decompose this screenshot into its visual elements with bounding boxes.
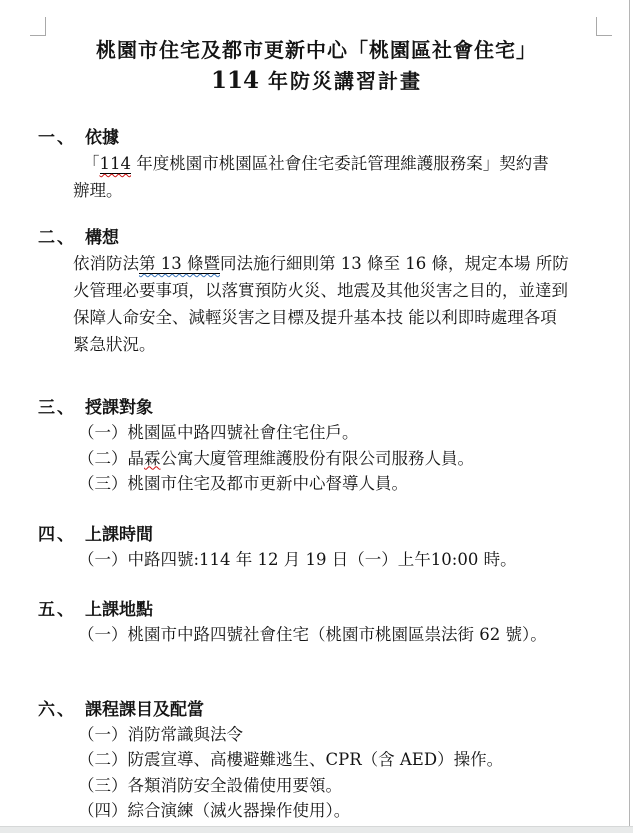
section-heading-row: 四、 上課時間 xyxy=(0,523,633,547)
spellcheck-marked-char: 霖 xyxy=(144,449,161,468)
section-heading-row: 二、 構想 xyxy=(0,226,633,250)
section-heading: 上課時間 xyxy=(85,523,153,547)
list-item-text: 消防常識與法令 xyxy=(128,722,244,748)
document-page: 桃園市住宅及都市更新中心「桃園區社會住宅」 114 年防災講習計畫 一、 依據 … xyxy=(0,0,633,833)
list-item-number: （二） xyxy=(78,747,128,773)
section-heading: 課程課目及配當 xyxy=(85,698,204,722)
list-item: （三） 各類消防安全設備使用要領。 xyxy=(78,773,603,799)
list-item-text: 防震宣導、高樓避難逃生、CPR（含 AED）操作。 xyxy=(128,747,504,773)
list-item-text: 綜合演練（滅火器操作使用）。 xyxy=(128,798,351,824)
section-class-time: 四、 上課時間 （一）中路四號:114 年 12 月 19 日（一）上午10:0… xyxy=(0,523,633,573)
grammar-underlined-phrase: 第 13 條暨 xyxy=(139,254,220,274)
section-heading: 上課地點 xyxy=(85,598,153,622)
list-item: （四） 綜合演練（滅火器操作使用）。 xyxy=(78,798,603,824)
section-heading-row: 一、 依據 xyxy=(0,126,633,150)
list-item: （一） 桃園區中路四號社會住宅住戶。 xyxy=(78,420,603,446)
list-item-number: （三） xyxy=(78,471,128,497)
list-item: （二） 晶霖公寓大廈管理維護股份有限公司服務人員。 xyxy=(78,446,603,472)
list-item: （一）中路四號:114 年 12 月 19 日（一）上午10:00 時。 xyxy=(78,547,603,573)
title-year-number: 114 xyxy=(211,67,259,94)
section-number: 五、 xyxy=(38,598,85,622)
section-audience: 三、 授課對象 （一） 桃園區中路四號社會住宅住戶。 （二） 晶霖公寓大廈管理維… xyxy=(0,396,633,497)
list-item-number: （一） xyxy=(78,722,128,748)
list-item-text: 桃園市住宅及都市更新中心督導人員。 xyxy=(128,471,409,497)
list-item-number: （四） xyxy=(78,798,128,824)
list-item-text: 各類消防安全設備使用要領。 xyxy=(128,773,343,799)
body-line: 緊急狀況。 xyxy=(73,331,593,358)
spellcheck-underlined-number: 114 xyxy=(100,154,132,174)
document-title-line1: 桃園市住宅及都市更新中心「桃園區社會住宅」 xyxy=(0,36,633,64)
section-number: 四、 xyxy=(38,523,85,547)
section-body: 依消防法第 13 條暨同法施行細則第 13 條至 16 條，規定本場 所防 火管… xyxy=(73,250,593,358)
numbered-list: （一） 消防常識與法令 （二） 防震宣導、高樓避難逃生、CPR（含 AED）操作… xyxy=(78,722,603,824)
section-number: 二、 xyxy=(38,226,85,250)
list-item-number: （三） xyxy=(78,773,128,799)
section-basis: 一、 依據 「114 年度桃園市桃園區社會住宅委託管理維護服務案」契約書 辦理。 xyxy=(0,126,633,204)
list-item-number: （一） xyxy=(78,420,128,446)
body-line: 「114 年度桃園市桃園區社會住宅委託管理維護服務案」契約書 xyxy=(73,150,593,177)
document-title-line2: 114 年防災講習計畫 xyxy=(0,66,633,96)
body-line: 辦理。 xyxy=(73,177,593,204)
section-number: 三、 xyxy=(38,396,85,420)
section-number: 六、 xyxy=(38,698,85,722)
list-item-text: 晶霖公寓大廈管理維護股份有限公司服務人員。 xyxy=(128,446,475,472)
body-text: 依消防法 xyxy=(73,254,139,273)
list-item-text: 桃園區中路四號社會住宅住戶。 xyxy=(128,420,359,446)
section-heading-row: 五、 上課地點 xyxy=(0,598,633,622)
section-heading-row: 六、 課程課目及配當 xyxy=(0,698,633,722)
section-concept: 二、 構想 依消防法第 13 條暨同法施行細則第 13 條至 16 條，規定本場… xyxy=(0,226,633,358)
section-heading: 依據 xyxy=(85,126,119,150)
section-class-location: 五、 上課地點 （一）桃園市中路四號社會住宅（桃園市桃園區祟法街 62 號）。 xyxy=(0,598,633,648)
section-heading: 授課對象 xyxy=(85,396,153,420)
list-item-number: （二） xyxy=(78,446,128,472)
list-item: （二） 防震宣導、高樓避難逃生、CPR（含 AED）操作。 xyxy=(78,747,603,773)
section-number: 一、 xyxy=(38,126,85,150)
section-heading: 構想 xyxy=(85,226,119,250)
numbered-list: （一） 桃園區中路四號社會住宅住戶。 （二） 晶霖公寓大廈管理維護股份有限公司服… xyxy=(78,420,603,497)
body-text: 同法施行細則第 13 條至 16 條，規定本場 所防 xyxy=(220,254,569,273)
open-bracket: 「 xyxy=(83,154,100,173)
body-line: 保障人命安全、減輕災害之目標及提升基本技 能以利即時處理各項 xyxy=(73,304,593,331)
title-line2-text: 年防災講習計畫 xyxy=(259,69,422,93)
body-text: 年度桃園市桃園區社會住宅委託管理維護服務案」契約書 xyxy=(131,154,549,173)
body-line: 火管理必要事項，以落實預防火災、地震及其他災害之目的，並達到 xyxy=(73,277,593,304)
section-heading-row: 三、 授課對象 xyxy=(0,396,633,420)
numbered-list: （一）中路四號:114 年 12 月 19 日（一）上午10:00 時。 xyxy=(78,547,603,573)
list-item: （一） 消防常識與法令 xyxy=(78,722,603,748)
section-curriculum: 六、 課程課目及配當 （一） 消防常識與法令 （二） 防震宣導、高樓避難逃生、C… xyxy=(0,698,633,824)
list-item: （一）桃園市中路四號社會住宅（桃園市桃園區祟法街 62 號）。 xyxy=(78,622,603,648)
section-body: 「114 年度桃園市桃園區社會住宅委託管理維護服務案」契約書 辦理。 xyxy=(73,150,593,204)
body-line: 依消防法第 13 條暨同法施行細則第 13 條至 16 條，規定本場 所防 xyxy=(73,250,593,277)
list-item: （三） 桃園市住宅及都市更新中心督導人員。 xyxy=(78,471,603,497)
numbered-list: （一）桃園市中路四號社會住宅（桃園市桃園區祟法街 62 號）。 xyxy=(78,622,603,648)
